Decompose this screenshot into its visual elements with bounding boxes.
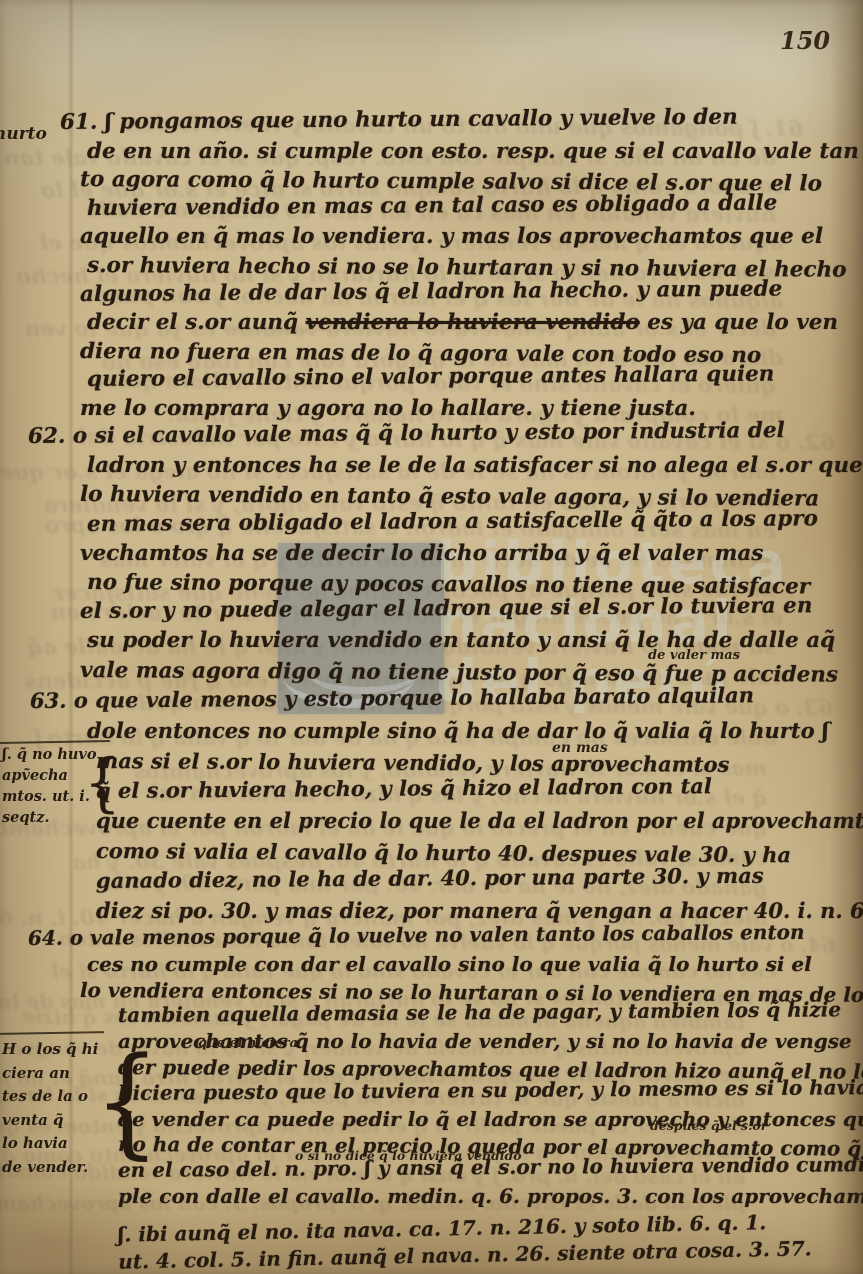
text-line: 64. o vale menos porque q̃ lo vuelve no …	[28, 920, 852, 952]
margin-note-line: mtos. ut. i.	[2, 786, 97, 807]
text-line: 62. o si el cavallo vale mas q̃ q̃ lo hu…	[28, 418, 852, 454]
text-line: dole entonces no cumple sino q̃ ha de da…	[87, 718, 852, 748]
text-segment: decir el s.or aunq̃	[87, 310, 306, 335]
margin-note-line: ciera an	[2, 1062, 98, 1086]
margin-note-63: ʃ. q̃ no huvo apṽecha mtos. ut. i. seqtz…	[2, 744, 97, 828]
margin-note-topic: hurto	[0, 124, 47, 144]
strikethrough-text: vendiera lo huviera vendido	[306, 310, 640, 335]
interlinear-note: que el hiciera	[198, 1036, 298, 1051]
text-line: algunos ha le de dar los q̃ el ladron ha…	[80, 275, 852, 310]
text-line: 61. ʃ pongamos que uno hurto un cavallo …	[60, 104, 852, 139]
text-line: ladron y entonces ha se le de la satisfa…	[87, 453, 852, 482]
manuscript-page: 61. ʃ pongamos que uno hurto un cavallo …	[0, 0, 863, 1274]
text-line: ganado diez, no le ha de dar. 40. por un…	[96, 862, 852, 898]
margin-note-line: H o los q̃ hi	[2, 1038, 98, 1062]
interlinear-note: en mas	[552, 740, 608, 756]
text-line: huviera vendido en mas ca en tal caso es…	[87, 190, 852, 225]
text-line: vechamtos ha se de decir lo dicho arriba…	[80, 541, 852, 570]
margin-note-line: ʃ. q̃ no huvo	[2, 744, 97, 765]
text-line: en mas sera obligado el ladron a satisfa…	[87, 506, 852, 541]
text-line: el s.or y no puede alegar el ladron que …	[80, 593, 852, 628]
margin-note-line: de vender.	[2, 1156, 98, 1180]
text-line: 63. o que vale menos y esto porque lo ha…	[30, 682, 852, 718]
text-line: quiero el cavallo sino el valor porque a…	[87, 361, 852, 396]
folio-number: 150	[780, 26, 830, 55]
margin-note-64: H o los q̃ hi ciera an tes de la o venta…	[2, 1038, 98, 1179]
margin-note-line: tes de la o	[2, 1085, 98, 1109]
text-segment: es ya que lo ven	[640, 310, 838, 335]
section-61: 61. ʃ pongamos que uno hurto un cavallo …	[80, 110, 852, 425]
text-line: aquello en q̃ mas lo vendiera. y mas los…	[80, 224, 852, 253]
interlinear-note: o si no dice q̃ lo huviera vendido	[295, 1148, 522, 1163]
margin-note-line: lo havia	[2, 1132, 98, 1156]
interlinear-note: despues q̃ el s.or	[650, 1118, 767, 1133]
text-line: de en un año. si cumple con esto. resp. …	[87, 139, 852, 168]
margin-brace: {	[94, 1031, 160, 1171]
section-64: 64. o vale menos porque q̃ lo vuelve no …	[80, 926, 852, 1210]
text-line: ple con dalle el cavallo. medin. q. 6. p…	[118, 1184, 852, 1210]
margin-brace: {	[84, 745, 121, 820]
section-63: 63. o que vale menos y esto porque lo ha…	[80, 688, 852, 928]
margin-note-line: seqtz.	[2, 807, 97, 828]
text-line: q̃ el s.or huviera hecho, y los q̃ hizo …	[96, 772, 852, 808]
text-line: que cuente en el precio lo que le da el …	[96, 808, 852, 838]
text-line: hiciera puesto que lo tuviera en su pode…	[118, 1075, 852, 1107]
interlinear-note: de valer mas	[648, 648, 740, 663]
footnote: ʃ. ibi aunq̃ el no. ita nava. ca. 17. n.…	[118, 1209, 812, 1274]
margin-note-line: apṽecha	[2, 765, 97, 786]
text-line: ces no cumple con dar el cavallo sino lo…	[87, 952, 852, 978]
text-line: decir el s.or aunq̃ vendiera lo huviera …	[87, 310, 852, 339]
margin-note-line: venta q̃	[2, 1109, 98, 1133]
text-line: tambien aquella demasia se le ha de paga…	[118, 998, 852, 1030]
